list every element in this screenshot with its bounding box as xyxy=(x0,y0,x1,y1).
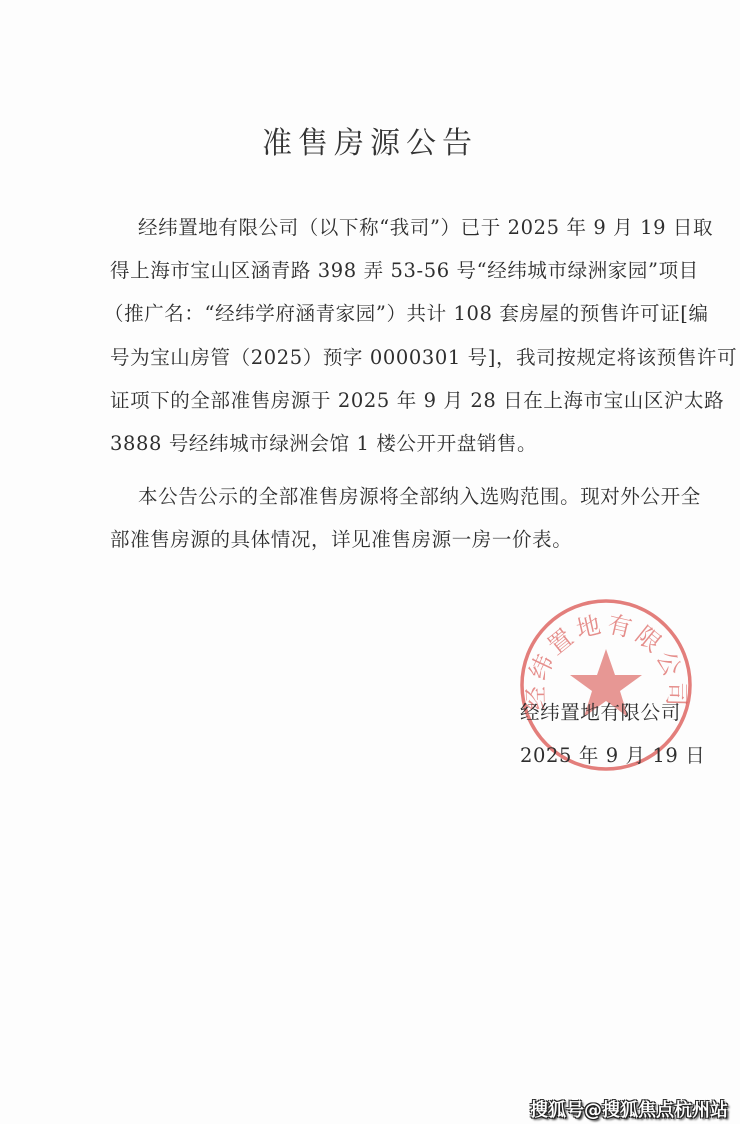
paragraph1-line-3: （推广名：“经纬学府涵青家园”）共计 108 套房屋的预售许可证[编 xyxy=(104,298,709,326)
paragraph1-line-4: 号为宝山房管（2025）预字 0000301 号]，我司按规定将该预售许可 xyxy=(110,342,737,370)
document-title: 准售房源公告 xyxy=(0,118,740,162)
paragraph2-line-1: 本公告公示的全部准售房源将全部纳入选购范围。现对外公开全 xyxy=(138,481,701,509)
paragraph2-line-2: 部准售房源的具体情况，详见准售房源一房一价表。 xyxy=(110,524,572,552)
paragraph1-line-2: 得上海市宝山区涵青路 398 弄 53-56 号“经纬城市绿洲家园”项目 xyxy=(110,255,699,283)
paragraph1-line-6: 3888 号经纬城市绿洲会馆 1 楼公开开盘销售。 xyxy=(110,428,537,456)
signature-date: 2025 年 9 月 19 日 xyxy=(520,740,705,768)
signature-company: 经纬置地有限公司 xyxy=(520,697,681,725)
paragraph1-line-5: 证项下的全部准售房源于 2025 年 9 月 28 日在上海市宝山区沪太路 xyxy=(110,385,724,413)
watermark-text: 搜狐号@搜狐焦点杭州站 xyxy=(530,1096,728,1122)
document-page: 准售房源公告 经纬置地有限公司（以下称“我司”）已于 2025 年 9 月 19… xyxy=(0,0,740,1124)
paragraph1-line-1: 经纬置地有限公司（以下称“我司”）已于 2025 年 9 月 19 日取 xyxy=(138,212,713,240)
